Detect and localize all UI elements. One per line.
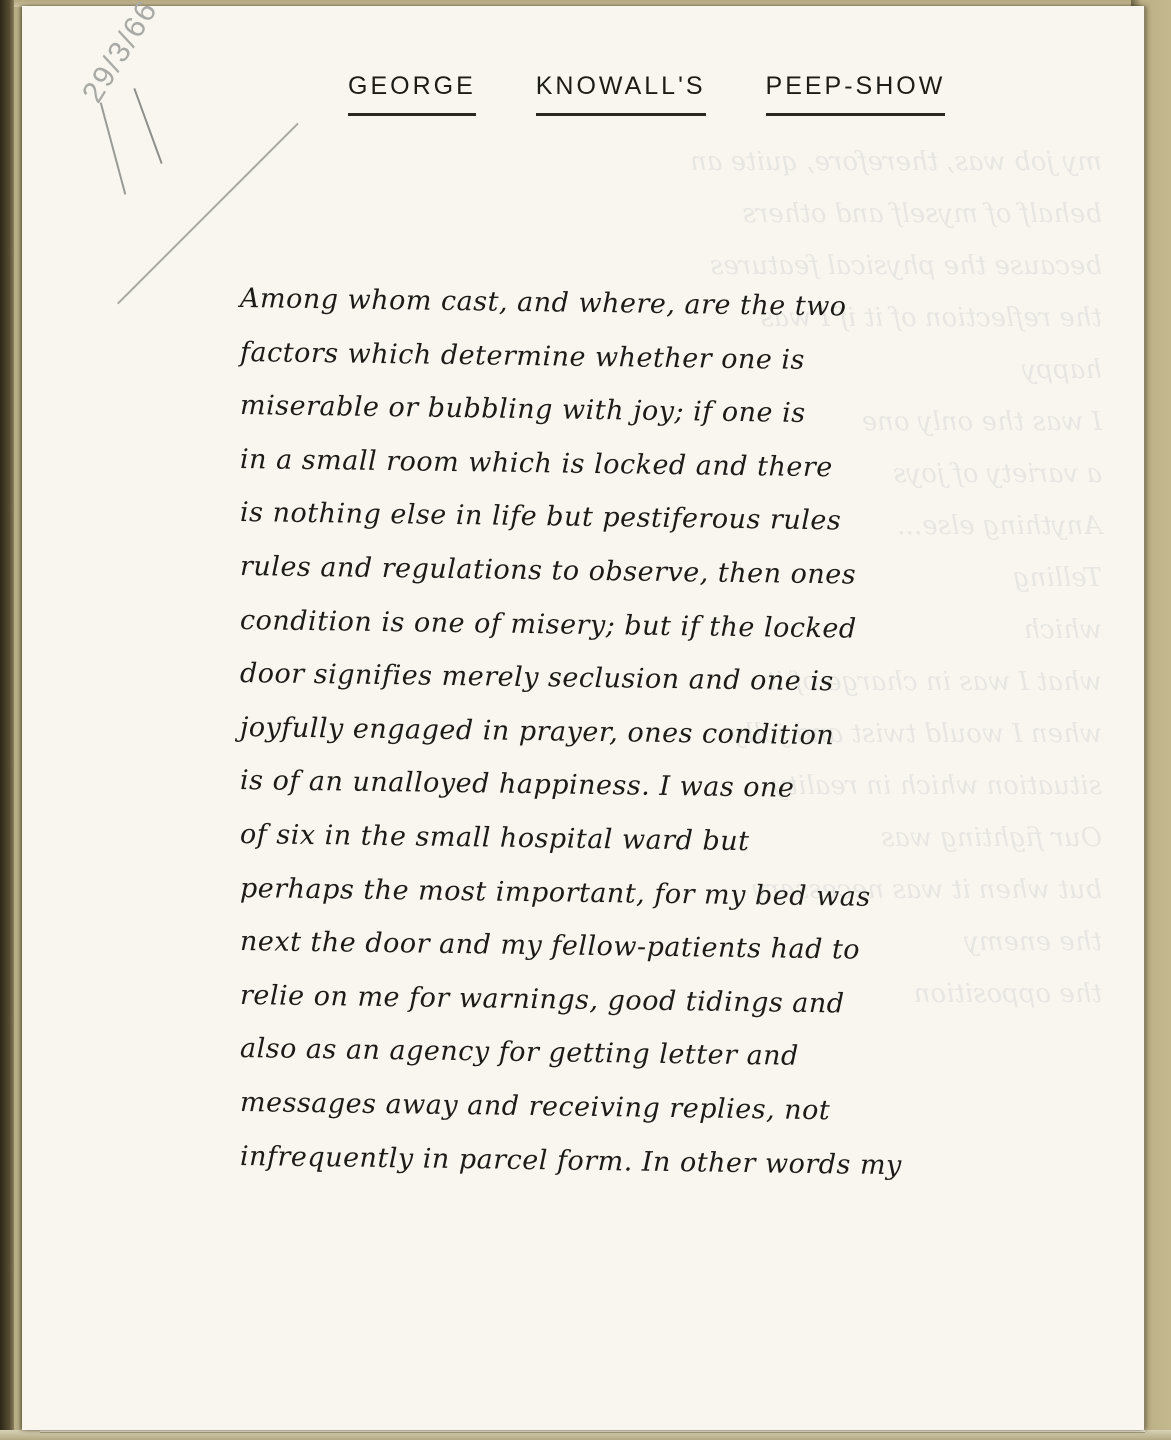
bleed-line: behalf of myself and others [322,188,1102,240]
text-line: infrequently in parcel form. In other wo… [240,1130,1041,1195]
scan-background-left [0,0,14,1440]
title-word: GEORGE [348,72,476,116]
pencil-date-slash [100,102,127,194]
title-word: KNOWALL'S [536,72,706,116]
manuscript-title: GEORGE KNOWALL'S PEEP-SHOW [348,72,945,116]
pencil-date-annotation: 29/3/66 [76,0,165,109]
pencil-date-slash [133,88,162,164]
handwritten-body: Among whom cast, and where, are the two … [240,272,1040,1183]
title-word: PEEP-SHOW [766,72,946,116]
bleed-line: my job was, therefore, quite an [322,136,1102,188]
